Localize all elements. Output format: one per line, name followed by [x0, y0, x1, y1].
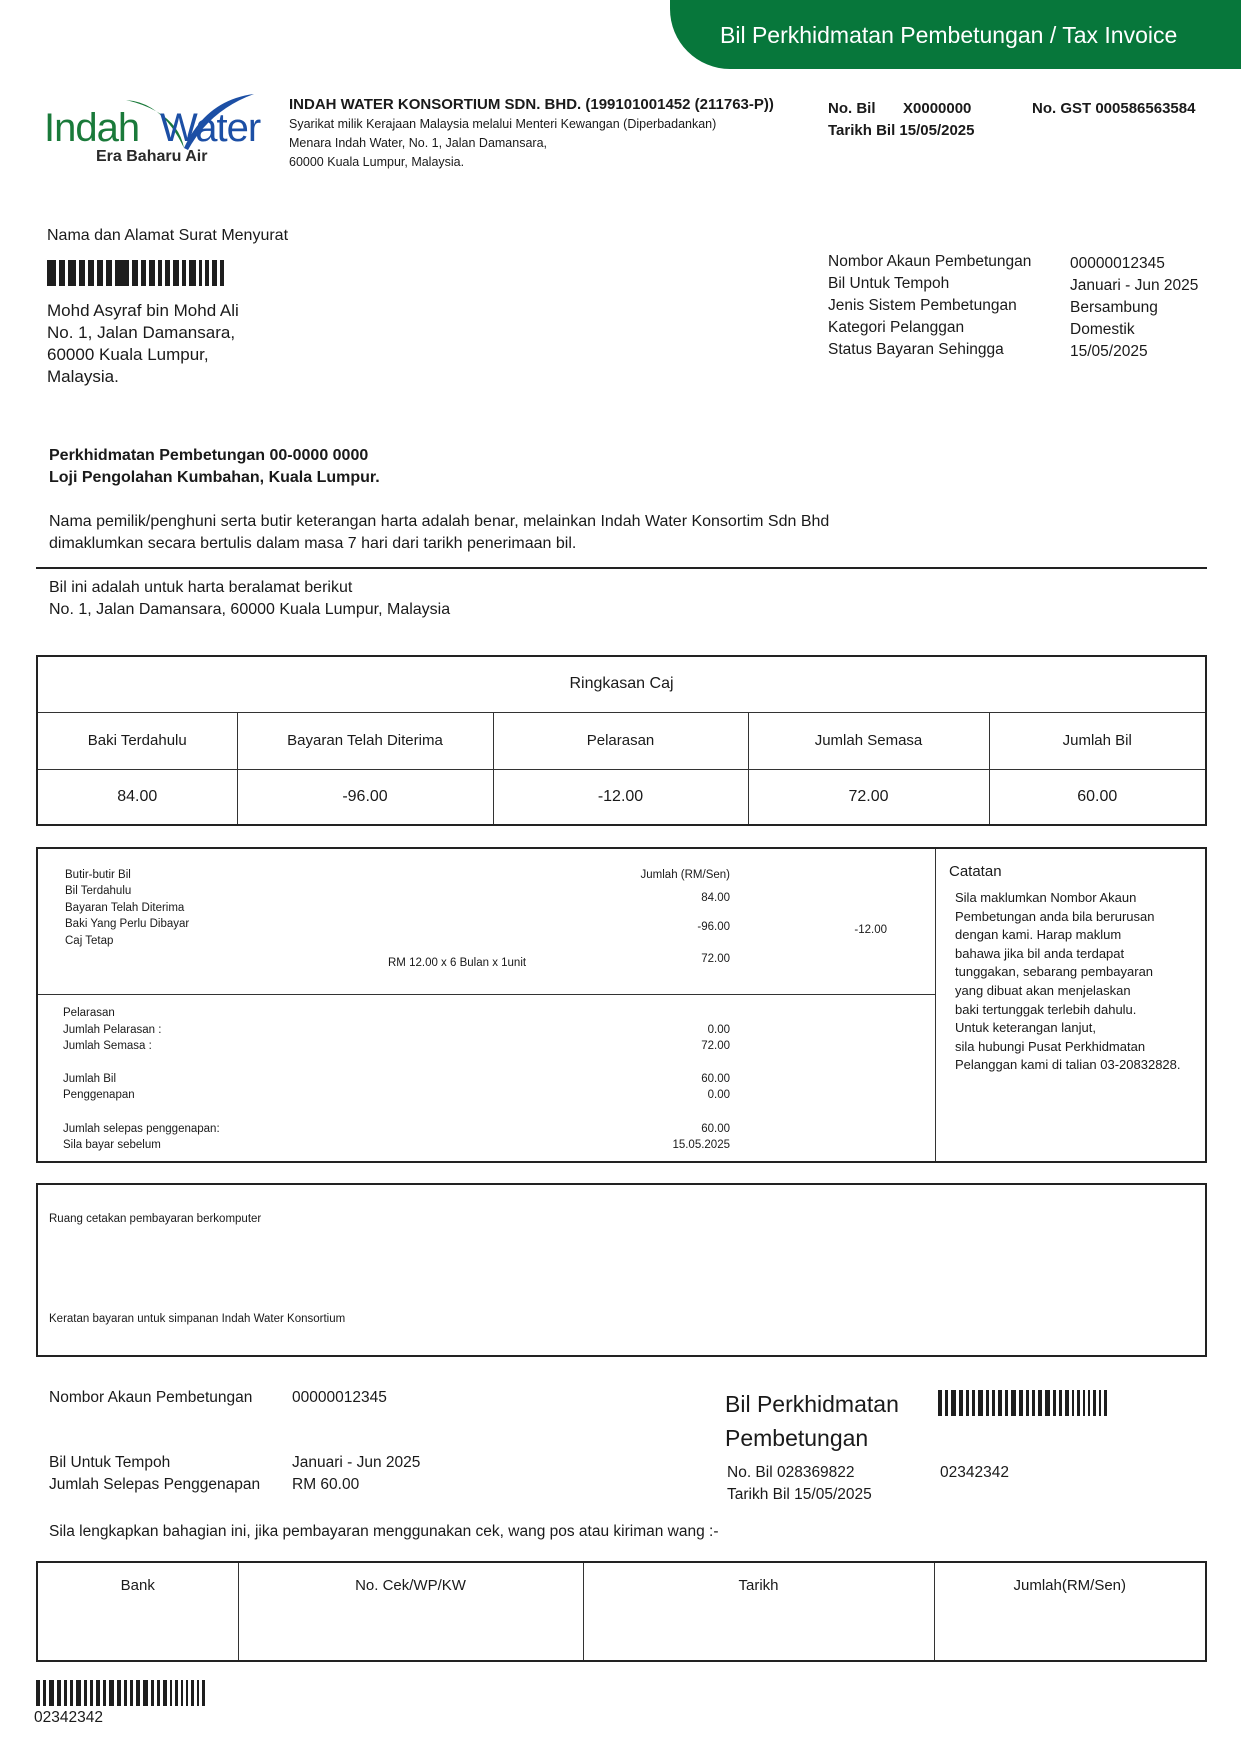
detail-item: Baki Yang Perlu Dibayar — [65, 918, 189, 930]
company-address-2: 60000 Kuala Lumpur, Malaysia. — [289, 155, 464, 169]
note-line: sila hubungi Pusat Perkhidmatan — [955, 1038, 1181, 1057]
slip-title: Bil Perkhidmatan Pembetungan — [725, 1387, 899, 1455]
summary-header: Pelarasan — [493, 712, 748, 769]
account-label: Nombor Akaun Pembetungan — [828, 251, 1031, 273]
slip-bill-no: No. Bil 028369822 — [727, 1464, 855, 1482]
property-address: No. 1, Jalan Damansara, 60000 Kuala Lump… — [49, 601, 450, 619]
lower-value: 60.00 — [701, 1123, 730, 1135]
note-line: yang dibuat akan menjelaskan — [955, 982, 1181, 1001]
status-label: Status Bayaran Sehingga — [828, 339, 1031, 361]
system-label: Jenis Sistem Pembetungan — [828, 295, 1031, 317]
invoice-title: Bil Perkhidmatan Pembetungan / Tax Invoi… — [720, 22, 1177, 49]
notice-line-1: Nama pemilik/penghuni serta butir ketera… — [49, 513, 829, 531]
divider — [36, 567, 1207, 569]
cheque-details-table: Bank No. Cek/WP/KW Tarikh Jumlah(RM/Sen) — [36, 1561, 1207, 1662]
summary-title: Ringkasan Caj — [37, 656, 1206, 712]
payment-stub-label: Keratan bayaran untuk simpanan Indah Wat… — [49, 1313, 345, 1325]
notes-title: Catatan — [949, 863, 1002, 880]
cheque-amount-field[interactable]: Jumlah(RM/Sen) — [934, 1562, 1206, 1661]
slip-barcode — [938, 1390, 1110, 1416]
bill-no: X0000000 — [903, 100, 971, 117]
amount-heading: Jumlah (RM/Sen) — [641, 869, 730, 881]
mailing-label: Nama dan Alamat Surat Menyurat — [47, 227, 288, 245]
cheque-date-field[interactable]: Tarikh — [583, 1562, 934, 1661]
slip-title-line: Bil Perkhidmatan — [725, 1387, 899, 1421]
details-heading: Butir-butir Bil — [65, 869, 131, 881]
address-line: No. 1, Jalan Damansara, — [47, 322, 239, 344]
address-line: 60000 Kuala Lumpur, — [47, 344, 239, 366]
lower-value: 72.00 — [701, 1040, 730, 1052]
divider — [38, 994, 935, 995]
lower-label: Jumlah Pelarasan : — [63, 1024, 161, 1036]
note-line: bahawa jika bil anda terdapat — [955, 945, 1181, 964]
period-value: Januari - Jun 2025 — [1070, 275, 1198, 297]
indah-water-logo: Indah Water Era Baharu Air — [44, 92, 274, 172]
lower-label: Jumlah Bil — [63, 1073, 116, 1085]
summary-value: 72.00 — [748, 769, 989, 825]
company-ownership: Syarikat milik Kerajaan Malaysia melalui… — [289, 117, 716, 131]
note-line: dengan kami. Harap maklum — [955, 926, 1181, 945]
detail-item: Bayaran Telah Diterima — [65, 902, 184, 914]
balance-amount: -12.00 — [854, 924, 887, 936]
summary-value: 84.00 — [37, 769, 237, 825]
charge-summary-table: Ringkasan Caj Baki Terdahulu Bayaran Tel… — [36, 655, 1207, 826]
slip-title-line: Pembetungan — [725, 1421, 899, 1455]
bill-no-label: No. Bil — [828, 100, 876, 117]
detail-item: Bil Terdahulu — [65, 885, 131, 897]
summary-header: Bayaran Telah Diterima — [237, 712, 493, 769]
lower-label: Jumlah selepas penggenapan: — [63, 1123, 220, 1135]
cheque-bank-field[interactable]: Bank — [37, 1562, 238, 1661]
summary-header: Jumlah Semasa — [748, 712, 989, 769]
payment-print-label: Ruang cetakan pembayaran berkomputer — [49, 1213, 261, 1225]
company-address-1: Menara Indah Water, No. 1, Jalan Damansa… — [289, 136, 547, 150]
invoice-title-band: Bil Perkhidmatan Pembetungan / Tax Invoi… — [670, 0, 1241, 69]
bottom-barcode — [36, 1680, 208, 1706]
summary-value: -96.00 — [237, 769, 493, 825]
summary-header: Jumlah Bil — [989, 712, 1206, 769]
period-label: Bil Untuk Tempoh — [828, 273, 1031, 295]
summary-value: 60.00 — [989, 769, 1206, 825]
lower-label: Penggenapan — [63, 1089, 135, 1101]
fixed-rate: RM 12.00 x 6 Bulan x 1unit — [388, 957, 526, 969]
recipient-name: Mohd Asyraf bin Mohd Ali — [47, 300, 239, 322]
cheque-number-field[interactable]: No. Cek/WP/KW — [238, 1562, 583, 1661]
lower-value: 15.05.2025 — [672, 1139, 730, 1151]
lower-value: 0.00 — [708, 1089, 730, 1101]
lower-label: Jumlah Semasa : — [63, 1040, 152, 1052]
system-value: Bersambung — [1070, 297, 1198, 319]
notes-body: Sila maklumkan Nombor Akaun Pembetungan … — [955, 889, 1181, 1075]
note-line: tunggakan, sebarang pembayaran — [955, 963, 1181, 982]
status-value: 15/05/2025 — [1070, 341, 1198, 363]
note-line: baki tertunggak terlebih dahulu. — [955, 1001, 1181, 1020]
account-value: 00000012345 — [1070, 253, 1198, 275]
slip-account-value: 00000012345 — [292, 1389, 387, 1407]
cheque-instruction: Sila lengkapkan bahagian ini, jika pemba… — [49, 1523, 719, 1541]
divider — [935, 849, 936, 1161]
category-label: Kategori Pelanggan — [828, 317, 1031, 339]
address-line: Malaysia. — [47, 366, 239, 388]
account-info: Nombor Akaun Pembetungan Bil Untuk Tempo… — [828, 251, 1031, 361]
slip-total-value: RM 60.00 — [292, 1476, 359, 1494]
slip-period-value: Januari - Jun 2025 — [292, 1454, 420, 1472]
account-values: 00000012345 Januari - Jun 2025 Bersambun… — [1070, 253, 1198, 363]
logo-word-water: Water — [160, 106, 260, 151]
bottom-code: 02342342 — [34, 1709, 103, 1727]
bill-details-box: Butir-butir Bil Bil Terdahulu Bayaran Te… — [36, 847, 1207, 1163]
summary-value: -12.00 — [493, 769, 748, 825]
mailing-address: Mohd Asyraf bin Mohd Ali No. 1, Jalan Da… — [47, 300, 239, 388]
detail-amount: 84.00 — [701, 892, 730, 904]
service-line-1: Perkhidmatan Pembetungan 00-0000 0000 — [49, 447, 368, 465]
detail-item: Caj Tetap — [65, 935, 113, 947]
payment-print-box: Ruang cetakan pembayaran berkomputer Ker… — [36, 1183, 1207, 1357]
lower-label: Sila bayar sebelum — [63, 1139, 161, 1151]
adjust-heading: Pelarasan — [63, 1007, 115, 1019]
detail-amount: -96.00 — [697, 921, 730, 933]
slip-total-label: Jumlah Selepas Penggenapan — [49, 1476, 260, 1494]
note-line: Untuk keterangan lanjut, — [955, 1019, 1181, 1038]
slip-reference: 02342342 — [940, 1464, 1009, 1482]
slip-period-label: Bil Untuk Tempoh — [49, 1454, 170, 1472]
logo-word-indah: Indah — [44, 106, 139, 151]
note-line: Sila maklumkan Nombor Akaun — [955, 889, 1181, 908]
slip-account-label: Nombor Akaun Pembetungan — [49, 1389, 252, 1407]
detail-amount: 72.00 — [701, 953, 730, 965]
summary-header: Baki Terdahulu — [37, 712, 237, 769]
company-name: INDAH WATER KONSORTIUM SDN. BHD. (199101… — [289, 96, 774, 113]
mailing-barcode — [47, 260, 227, 286]
slip-bill-date: Tarikh Bil 15/05/2025 — [727, 1486, 872, 1504]
bill-date: Tarikh Bil 15/05/2025 — [828, 122, 974, 139]
logo-tagline: Era Baharu Air — [96, 148, 207, 166]
category-value: Domestik — [1070, 319, 1198, 341]
service-line-2: Loji Pengolahan Kumbahan, Kuala Lumpur. — [49, 469, 380, 487]
gst-number: No. GST 000586563584 — [1032, 100, 1195, 117]
note-line: Pembetungan anda bila berurusan — [955, 908, 1181, 927]
notice-line-2: dimaklumkan secara bertulis dalam masa 7… — [49, 535, 576, 553]
note-line: Pelanggan kami di talian 03-20832828. — [955, 1056, 1181, 1075]
property-label: Bil ini adalah untuk harta beralamat ber… — [49, 579, 352, 597]
lower-value: 0.00 — [708, 1024, 730, 1036]
lower-value: 60.00 — [701, 1073, 730, 1085]
